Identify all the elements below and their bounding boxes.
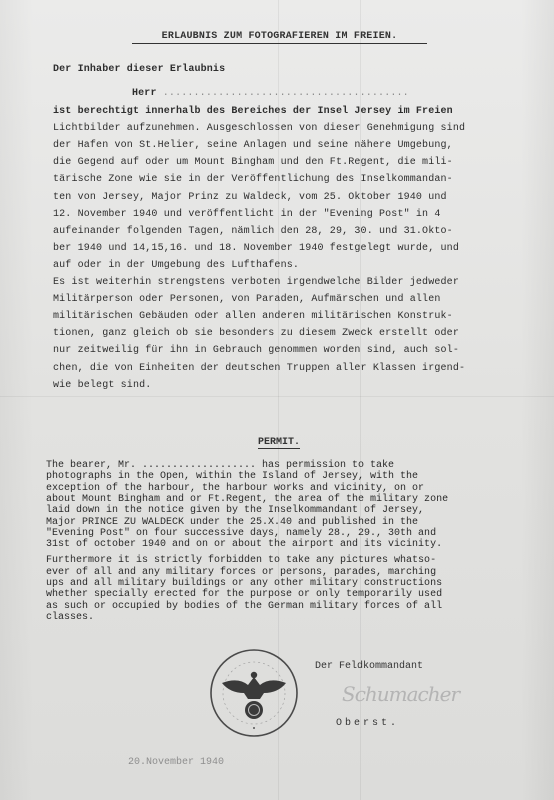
german-text-line: chen, die von Einheiten der deutschen Tr… [53,363,465,375]
german-text-line: ten von Jersey, Major Prinz zu Waldeck, … [53,192,447,204]
english-text-line: 31st of october 1940 and on or about the… [46,539,442,550]
german-text-line: die Gegend auf oder um Mount Bingham und… [53,157,453,169]
fold-crease [0,396,554,397]
english-text-line: exception of the harbour, the harbour wo… [46,483,424,494]
document-title: ERLAUBNIS ZUM FOTOGRAFIEREN IM FREIEN. [132,31,427,44]
german-text-line: Militärperson oder Personen, von Paraden… [53,294,441,306]
german-text-line: auf oder in der Umgebung des Lufthafens. [53,260,299,272]
signatory-rank: Oberst. [336,718,399,729]
english-text-line: classes. [46,612,94,623]
english-text-line: as such or occupied by bodies of the Ger… [46,601,442,612]
german-text-line: Lichtbilder aufzunehmen. Ausgeschlossen … [53,123,465,135]
signature-label: Der Feldkommandant [315,661,423,672]
english-text-line: ever of all and any military forces or p… [46,567,436,578]
english-text-line: about Mount Bingham and or Ft.Regent, th… [46,494,448,505]
german-text-line: nur zeitweilig für ihn in Gebrauch genom… [53,345,459,357]
english-text-line: photographs in the Open, within the Isla… [46,471,418,482]
german-text-line: militärischen Gebäuden oder allen andere… [53,311,453,323]
german-text-line: ber 1940 und 14,15,16. und 18. November … [53,243,459,255]
english-text-line: The bearer, Mr. ................... has … [46,460,394,471]
english-text-line: Furthermore it is strictly forbidden to … [46,555,436,566]
handwritten-signature: Schumacher [342,682,459,706]
holder-name: ........................................ [163,88,409,99]
german-text-line: ist berechtigt innerhalb des Bereiches d… [53,106,453,118]
german-text-line: wie belegt sind. [53,380,151,392]
fold-crease [360,0,361,800]
permit-heading: PERMIT. [258,437,300,449]
official-seal-icon [208,647,300,739]
german-heading: Der Inhaber dieser Erlaubnis [53,64,225,76]
english-text-line: ups and all military buildings or any ot… [46,578,442,589]
english-text-line: whether specially erected for the purpos… [46,589,442,600]
holder-line: Herr ...................................… [132,88,409,100]
german-text-line: 12. November 1940 und veröffentlicht in … [53,209,441,221]
german-text-line: Es ist weiterhin strengstens verboten ir… [53,277,459,289]
english-text-line: Major PRINCE ZU WALDECK under the 25.X.4… [46,517,418,528]
german-text-line: aufeinander folgenden Tagen, nämlich den… [53,226,453,238]
english-text-line: laid down in the notice given by the Ins… [46,505,424,516]
date-stamp: 20.November 1940 [128,757,224,768]
german-text-line: tionen, ganz gleich ob sie besonders zu … [53,328,459,340]
german-text-line: tärische Zone wie sie in der Veröffentli… [53,174,453,186]
english-text-line: "Evening Post" on four successive days, … [46,528,436,539]
holder-prefix: Herr [132,88,157,99]
document-page: ERLAUBNIS ZUM FOTOGRAFIEREN IM FREIEN. D… [0,0,554,800]
german-text-line: der Hafen von St.Helier, seine Anlagen u… [53,140,453,152]
